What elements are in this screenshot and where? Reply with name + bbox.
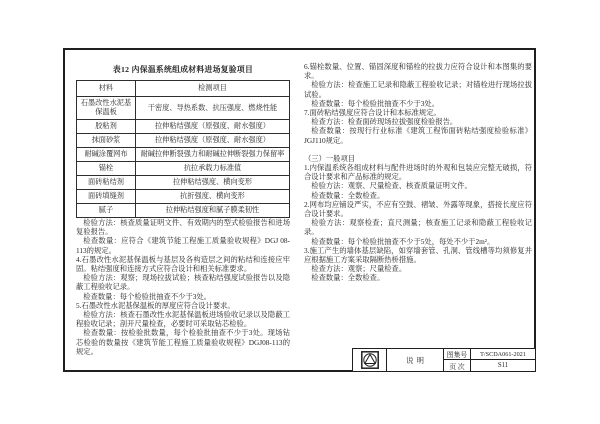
- sheet-title: 说明: [387, 349, 444, 371]
- paragraph-method: 检验方法：检查施工记录和隐蔽工程验收记录；对锚栓进行现场拉拔试验。: [304, 80, 532, 98]
- paragraph-quantity: 检查数量：按现行行业标准《建筑工程饰面砖粘结强度检验标准》JGJ110规定。: [304, 126, 532, 144]
- paragraph-item-7: 7.面砖粘结强度应符合设计和本标准规定。: [304, 108, 532, 117]
- material-cell: 耐碱涂覆网布: [77, 148, 136, 162]
- table-row: 锚栓 抗拉承载力标准值: [77, 162, 290, 176]
- material-cell: 面砖粘结剂: [77, 176, 136, 190]
- table-row: 抹面砂浆 拉伸粘结强度（原强度、耐水强度）: [77, 134, 290, 148]
- table-row: 腻子 拉伸粘结强度和腻子膜柔韧性: [77, 204, 290, 218]
- table-row: 面砖粘结剂 拉伸粘结强度、横向变形: [77, 176, 290, 190]
- paragraph-method: 检验方法：观察、尺量检查、核查质量证明文件。: [304, 181, 532, 190]
- paragraph-quantity: 检查数量：每个检验批抽查不少于3处。: [304, 99, 532, 108]
- table-row: 胶粘剂 拉伸粘结强度（原强度、耐水强度）: [77, 120, 290, 134]
- circle-triangle-logo-icon: [361, 351, 379, 369]
- material-cell: 锚栓: [77, 162, 136, 176]
- table-caption: 表12 内保温系统组成材料进场复验项目: [76, 64, 290, 75]
- paragraph-method: 检验方法：观察检查；直尺测量；核查施工记录和隐蔽工程验收记录。: [304, 218, 532, 236]
- paragraph-quantity: 检查数量：全数检查。: [304, 273, 532, 282]
- page-number-value: S11: [471, 360, 535, 371]
- paragraph-item-6: 6.锚栓数量、位置、锚固深度和锚栓的拉拔力应符合设计和本图集的要求。: [304, 62, 532, 80]
- column-header-material: 材料: [77, 81, 136, 97]
- title-block: 说明 图集号 T/SCDA061-2021 页 次 S11: [352, 348, 536, 372]
- left-column: 表12 内保温系统组成材料进场复验项目 材料 检测项目 石墨改性水泥基保温板 干…: [76, 60, 290, 356]
- paragraph-method: 检查方法：观察；尺量检查。: [304, 264, 532, 273]
- material-cell: 胶粘剂: [77, 120, 136, 134]
- material-cell: 石墨改性水泥基保温板: [77, 97, 136, 120]
- paragraph-quantity: 检查数量：全数检查。: [304, 191, 532, 200]
- section-heading-general-items: （三）一般项目: [304, 154, 532, 163]
- inspection-cell: 抗折强度、横向变形: [136, 190, 290, 204]
- stamp-grid: 图集号 T/SCDA061-2021 页 次 S11: [444, 349, 535, 371]
- right-column: 6.锚栓数量、位置、锚固深度和锚栓的拉拔力应符合设计和本图集的要求。 检验方法：…: [304, 62, 532, 283]
- paragraph-method: 检查方法：检查面砖现场拉拔强度检验报告。: [304, 117, 532, 126]
- paragraph-quantity: 检查数量：每个检验批抽查不少于3处。: [76, 292, 290, 301]
- paragraph-item-3: 3.施工产生的墙体基层缺陷，如穿墙套管、孔洞、管线槽等均须修复并应根据施工方案采…: [304, 246, 532, 264]
- paragraph-quantity: 检查数量：每个检验批抽查不少于5处，每处不少于2m²。: [304, 237, 532, 246]
- drawing-frame: 表12 内保温系统组成材料进场复验项目 材料 检测项目 石墨改性水泥基保温板 干…: [63, 48, 536, 372]
- table-row: 面砖填缝剂 抗折强度、横向变形: [77, 190, 290, 204]
- paragraph-item-1: 1.内保温系统各组成材料与配件进场时的外观和包装应完整无破损，符合设计要求和产品…: [304, 163, 532, 181]
- paragraph-quantity: 检查数量：应符合《建筑节能工程施工质量验收规程》DGJ 08-113的规定。: [76, 236, 290, 254]
- publisher-logo-icon: [353, 349, 387, 371]
- paragraph-method: 检验方法：观察；现场拉拔试验；核查粘结强度试验报告以及隐蔽工程验收记录。: [76, 273, 290, 291]
- paragraph-method: 检验方法：核查石墨改性水泥基保温板进场验收记录以及隐蔽工程验收记录；剖开尺量检查…: [76, 310, 290, 328]
- paragraph-item-2: 2.网布均应铺设严实，不应有空鼓、褶皱、外露等现象，搭接长度应符合设计要求。: [304, 200, 532, 218]
- column-header-inspection: 检测项目: [136, 81, 290, 97]
- table-row: 耐碱涂覆网布 耐碱拉伸断裂强力和耐碱拉伸断裂强力保留率: [77, 148, 290, 162]
- paragraph-item-5: 5.石墨改性水泥基保温板的厚度应符合设计要求。: [76, 301, 290, 310]
- paragraph-method: 检验方法：核查质量证明文件、有效期内的型式检验报告和进场复验报告。: [76, 218, 290, 236]
- paragraph-quantity: 检查数量：按检验批数量，每个检验批抽查不少于3处。现场钻芯检验的数量按《建筑节能…: [76, 328, 290, 356]
- atlas-number-label: 图集号: [444, 349, 471, 360]
- material-cell: 抹面砂浆: [77, 134, 136, 148]
- inspection-cell: 干密度、导热系数、抗压强度、燃烧性能: [136, 97, 290, 120]
- atlas-number-value: T/SCDA061-2021: [471, 349, 535, 360]
- inspection-cell: 拉伸粘结强度和腻子膜柔韧性: [136, 204, 290, 218]
- inspection-cell: 抗拉承载力标准值: [136, 162, 290, 176]
- document-sheet: 表12 内保温系统组成材料进场复验项目 材料 检测项目 石墨改性水泥基保温板 干…: [0, 0, 600, 424]
- inspection-cell: 拉伸粘结强度（原强度、耐水强度）: [136, 120, 290, 134]
- inspection-cell: 拉伸粘结强度（原强度、耐水强度）: [136, 134, 290, 148]
- material-inspection-table: 材料 检测项目 石墨改性水泥基保温板 干密度、导热系数、抗压强度、燃烧性能 胶粘…: [76, 80, 290, 218]
- material-cell: 面砖填缝剂: [77, 190, 136, 204]
- paragraph-item-4: 4.石墨改性水泥基保温板与基层及各构造层之间的粘结和连接应牢固。粘结强度和连接方…: [76, 255, 290, 273]
- table-row: 石墨改性水泥基保温板 干密度、导热系数、抗压强度、燃烧性能: [77, 97, 290, 120]
- page-number-label: 页 次: [444, 360, 471, 371]
- material-cell: 腻子: [77, 204, 136, 218]
- inspection-cell: 耐碱拉伸断裂强力和耐碱拉伸断裂强力保留率: [136, 148, 290, 162]
- inspection-cell: 拉伸粘结强度、横向变形: [136, 176, 290, 190]
- table-header-row: 材料 检测项目: [77, 81, 290, 97]
